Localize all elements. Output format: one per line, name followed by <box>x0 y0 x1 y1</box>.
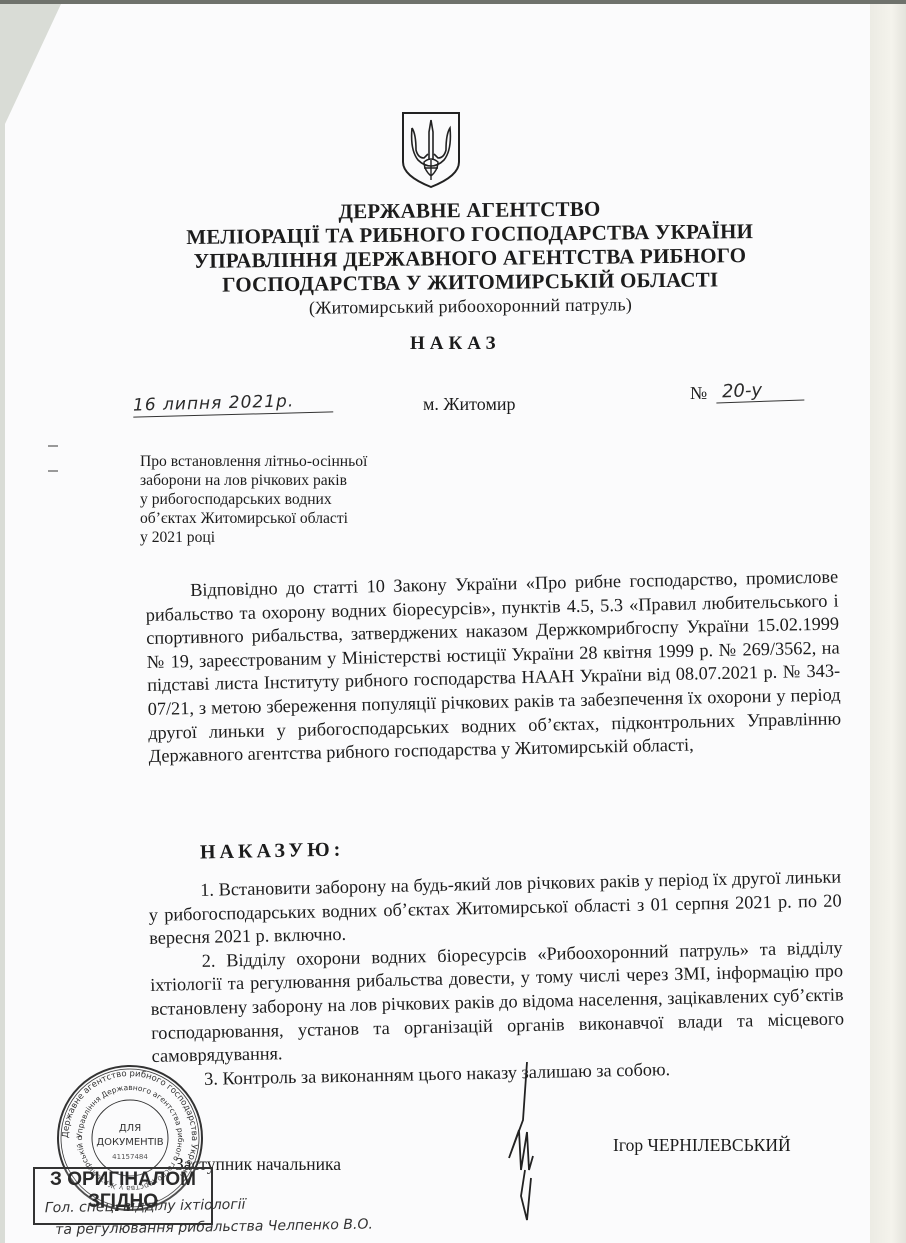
order-items: 1. Встановити заборону на будь-який лов … <box>148 865 845 1092</box>
subject-line: об’єктах Житомирської області <box>140 509 440 528</box>
punch-mark <box>48 445 58 447</box>
stamp-code: 41157484 <box>112 1153 148 1161</box>
subject-line: у 2021 році <box>140 528 440 547</box>
order-subject: Про встановлення літньо-осінньої заборон… <box>140 452 440 547</box>
document-header: ДЕРЖАВНЕ АГЕНТСТВО МЕЛІОРАЦІЇ ТА РИБНОГО… <box>169 195 770 321</box>
certified-line-1: З ОРИГІНАЛОМ <box>35 1169 211 1191</box>
order-number-label: № <box>690 383 707 404</box>
order-heading: НАКАЗУЮ: <box>200 838 345 864</box>
scan-right-margin <box>870 4 906 1243</box>
scan-top-edge <box>0 0 906 4</box>
preamble: Відповідно до статті 10 Закону України «… <box>145 565 842 768</box>
order-number: 20-у <box>716 378 805 403</box>
order-city: м. Житомир <box>423 394 515 415</box>
subject-line: у рибогосподарських водних <box>140 490 440 509</box>
subject-line: Про встановлення літньо-осінньої <box>140 452 440 471</box>
stamp-center-line-2: ДОКУМЕНТІВ <box>96 1137 163 1148</box>
order-item: 2. Відділу охорони водних біоресурсів «Р… <box>149 936 844 1068</box>
stamp-center-line-1: ДЛЯ <box>119 1123 141 1134</box>
preamble-paragraph: Відповідно до статті 10 Закону України «… <box>145 565 842 768</box>
punch-mark <box>48 470 58 472</box>
ukraine-trident-icon <box>400 110 462 190</box>
signatory-name: Ігор ЧЕРНІЛЕВСЬКИЙ <box>613 1135 791 1156</box>
subject-line: заборони на лов річкових раків <box>140 471 440 490</box>
document-title: НАКАЗ <box>410 333 501 355</box>
